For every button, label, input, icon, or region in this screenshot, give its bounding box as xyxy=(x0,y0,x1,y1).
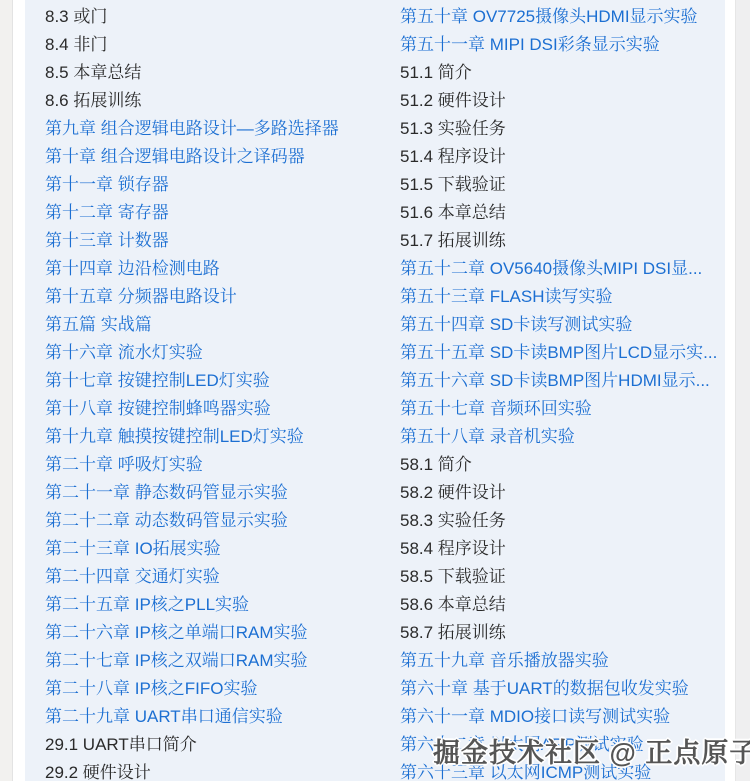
toc-link[interactable]: 第六十章 基于UART的数据包收发实验 xyxy=(400,675,728,703)
toc-link[interactable]: 第五十章 OV7725摄像头HDMI显示实验 xyxy=(400,3,728,31)
toc-text-item: 51.7 拓展训练 xyxy=(400,227,728,255)
toc-text-item: 8.3 或门 xyxy=(45,3,395,31)
toc-block: 8.3 或门8.4 非门8.5 本章总结8.6 拓展训练第九章 组合逻辑电路设计… xyxy=(25,0,725,781)
toc-link[interactable]: 第二十章 呼吸灯实验 xyxy=(45,451,395,479)
toc-text-item: 29.1 UART串口简介 xyxy=(45,731,395,759)
toc-link[interactable]: 第五十二章 OV5640摄像头MIPI DSI显... xyxy=(400,255,728,283)
toc-column-left: 8.3 或门8.4 非门8.5 本章总结8.6 拓展训练第九章 组合逻辑电路设计… xyxy=(45,3,395,781)
toc-link[interactable]: 第十一章 锁存器 xyxy=(45,171,395,199)
toc-text-item: 8.6 拓展训练 xyxy=(45,87,395,115)
toc-link[interactable]: 第五十九章 音乐播放器实验 xyxy=(400,647,728,675)
toc-link[interactable]: 第二十六章 IP核之单端口RAM实验 xyxy=(45,619,395,647)
toc-link[interactable]: 第十五章 分频器电路设计 xyxy=(45,283,395,311)
toc-text-item: 58.4 程序设计 xyxy=(400,535,728,563)
toc-link[interactable]: 第五十五章 SD卡读BMP图片LCD显示实... xyxy=(400,339,728,367)
toc-link[interactable]: 第十七章 按键控制LED灯实验 xyxy=(45,367,395,395)
toc-link[interactable]: 第二十四章 交通灯实验 xyxy=(45,563,395,591)
toc-link[interactable]: 第二十五章 IP核之PLL实验 xyxy=(45,591,395,619)
toc-link[interactable]: 第十六章 流水灯实验 xyxy=(45,339,395,367)
toc-link[interactable]: 第二十八章 IP核之FIFO实验 xyxy=(45,675,395,703)
toc-text-item: 51.1 简介 xyxy=(400,59,728,87)
page-left-edge xyxy=(0,0,13,781)
toc-link[interactable]: 第五十三章 FLASH读写实验 xyxy=(400,283,728,311)
toc-text-item: 51.6 本章总结 xyxy=(400,199,728,227)
toc-text-item: 29.2 硬件设计 xyxy=(45,759,395,781)
toc-text-item: 8.5 本章总结 xyxy=(45,59,395,87)
toc-link[interactable]: 第十九章 触摸按键控制LED灯实验 xyxy=(45,423,395,451)
toc-text-item: 51.4 程序设计 xyxy=(400,143,728,171)
toc-link[interactable]: 第二十九章 UART串口通信实验 xyxy=(45,703,395,731)
toc-text-item: 51.3 实验任务 xyxy=(400,115,728,143)
toc-link[interactable]: 第二十三章 IO拓展实验 xyxy=(45,535,395,563)
toc-text-item: 58.1 简介 xyxy=(400,451,728,479)
toc-link[interactable]: 第五篇 实战篇 xyxy=(45,311,395,339)
toc-link[interactable]: 第十四章 边沿检测电路 xyxy=(45,255,395,283)
toc-text-item: 58.3 实验任务 xyxy=(400,507,728,535)
toc-link[interactable]: 第五十一章 MIPI DSI彩条显示实验 xyxy=(400,31,728,59)
toc-text-item: 58.6 本章总结 xyxy=(400,591,728,619)
toc-link[interactable]: 第五十四章 SD卡读写测试实验 xyxy=(400,311,728,339)
toc-link[interactable]: 第二十二章 动态数码管显示实验 xyxy=(45,507,395,535)
toc-link[interactable]: 第六十一章 MDIO接口读写测试实验 xyxy=(400,703,728,731)
toc-text-item: 58.5 下载验证 xyxy=(400,563,728,591)
toc-text-item: 51.2 硬件设计 xyxy=(400,87,728,115)
toc-link[interactable]: 第五十六章 SD卡读BMP图片HDMI显示... xyxy=(400,367,728,395)
toc-text-item: 58.7 拓展训练 xyxy=(400,619,728,647)
toc-text-item: 8.4 非门 xyxy=(45,31,395,59)
toc-link[interactable]: 第十二章 寄存器 xyxy=(45,199,395,227)
page-right-edge xyxy=(735,0,750,781)
toc-link[interactable]: 第九章 组合逻辑电路设计—多路选择器 xyxy=(45,115,395,143)
toc-link[interactable]: 第二十一章 静态数码管显示实验 xyxy=(45,479,395,507)
toc-text-item: 58.2 硬件设计 xyxy=(400,479,728,507)
toc-link[interactable]: 第二十七章 IP核之双端口RAM实验 xyxy=(45,647,395,675)
watermark: 掘金技术社区 @ 正点原子 xyxy=(433,731,750,770)
toc-link[interactable]: 第十八章 按键控制蜂鸣器实验 xyxy=(45,395,395,423)
toc-link[interactable]: 第五十七章 音频环回实验 xyxy=(400,395,728,423)
toc-link[interactable]: 第十三章 计数器 xyxy=(45,227,395,255)
toc-text-item: 51.5 下载验证 xyxy=(400,171,728,199)
toc-link[interactable]: 第五十八章 录音机实验 xyxy=(400,423,728,451)
toc-column-right: 第五十章 OV7725摄像头HDMI显示实验第五十一章 MIPI DSI彩条显示… xyxy=(400,3,728,781)
toc-link[interactable]: 第十章 组合逻辑电路设计之译码器 xyxy=(45,143,395,171)
